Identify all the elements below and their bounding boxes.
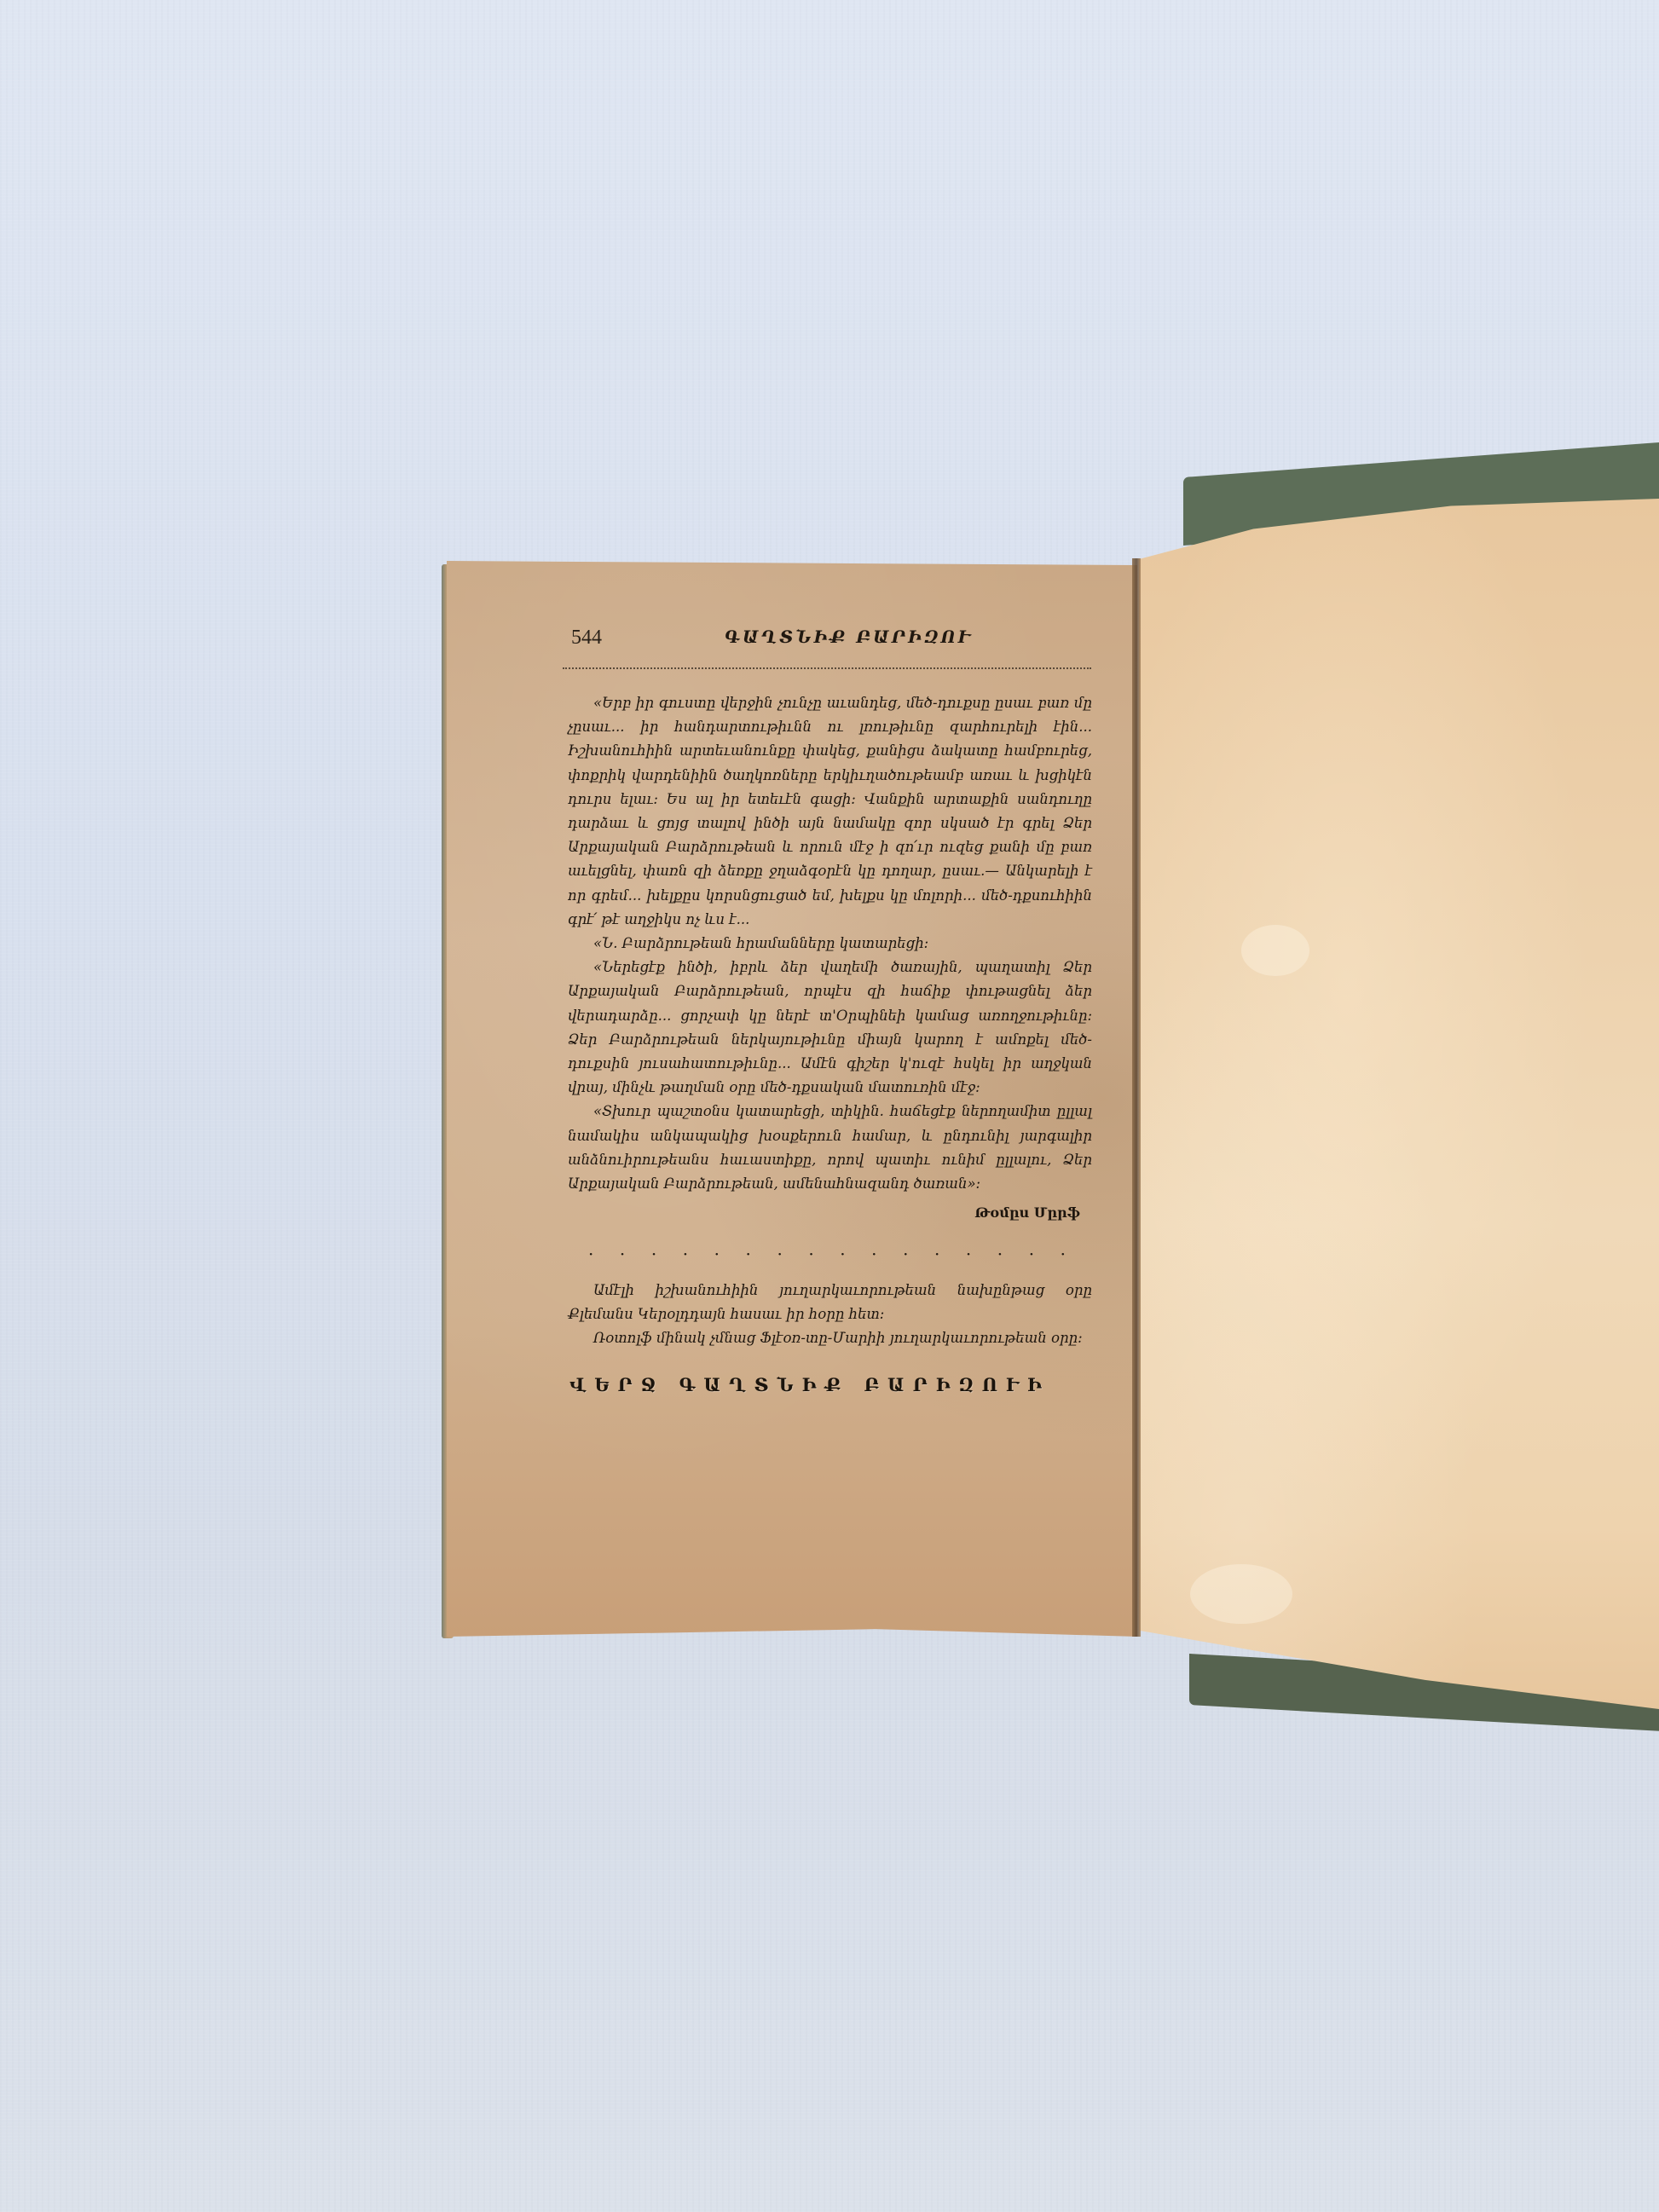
paragraph: Ռօտոլֆ մինակ չմնաց Ֆլէօռ-տը-Մարիի յուղար… — [568, 1326, 1092, 1350]
paragraph: «Ն. Բարձրութեան հրամանները կատարեցի: — [568, 932, 1092, 956]
paper-stain — [1190, 1564, 1292, 1624]
paragraph: «Տխուր պաշտօնս կատարեցի, տիկին. հաճեցէք … — [568, 1100, 1092, 1196]
end-title: ՎԵՐՋ ԳԱՂՏՆԻՔ ԲԱՐԻԶՈՒԻ — [546, 1374, 1074, 1395]
page-number: 544 — [571, 627, 602, 650]
paper-stain — [1241, 925, 1309, 976]
page-text-block: 544 ԳԱՂՏՆԻՔ ԲԱՐԻԶՈՒ «Երբ իր գուստը վերջի… — [546, 627, 1100, 1395]
paragraph: «Ներեցէք ինծի, իբրև ձեր վաղեմի ծառային, … — [568, 956, 1092, 1100]
paragraph: Ամէլի իշխանուհիին յուղարկաւորութեան նախը… — [568, 1279, 1092, 1326]
section-separator-dots: ················ — [588, 1242, 1066, 1266]
running-title: ԳԱՂՏՆԻՔ ԲԱՐԻԶՈՒ — [725, 627, 973, 647]
header-rule — [563, 667, 1091, 669]
letter-signature: Թօմըս Մըրֆ — [568, 1201, 1080, 1225]
body-text: «Երբ իր գուստը վերջին չունչը աւանդեց, մե… — [546, 691, 1092, 1350]
book-gutter — [1132, 558, 1141, 1637]
running-header: 544 ԳԱՂՏՆԻՔ ԲԱՐԻԶՈՒ — [546, 627, 1100, 667]
paragraph: «Երբ իր գուստը վերջին չունչը աւանդեց, մե… — [568, 691, 1092, 932]
right-page-blank — [1139, 499, 1659, 1709]
